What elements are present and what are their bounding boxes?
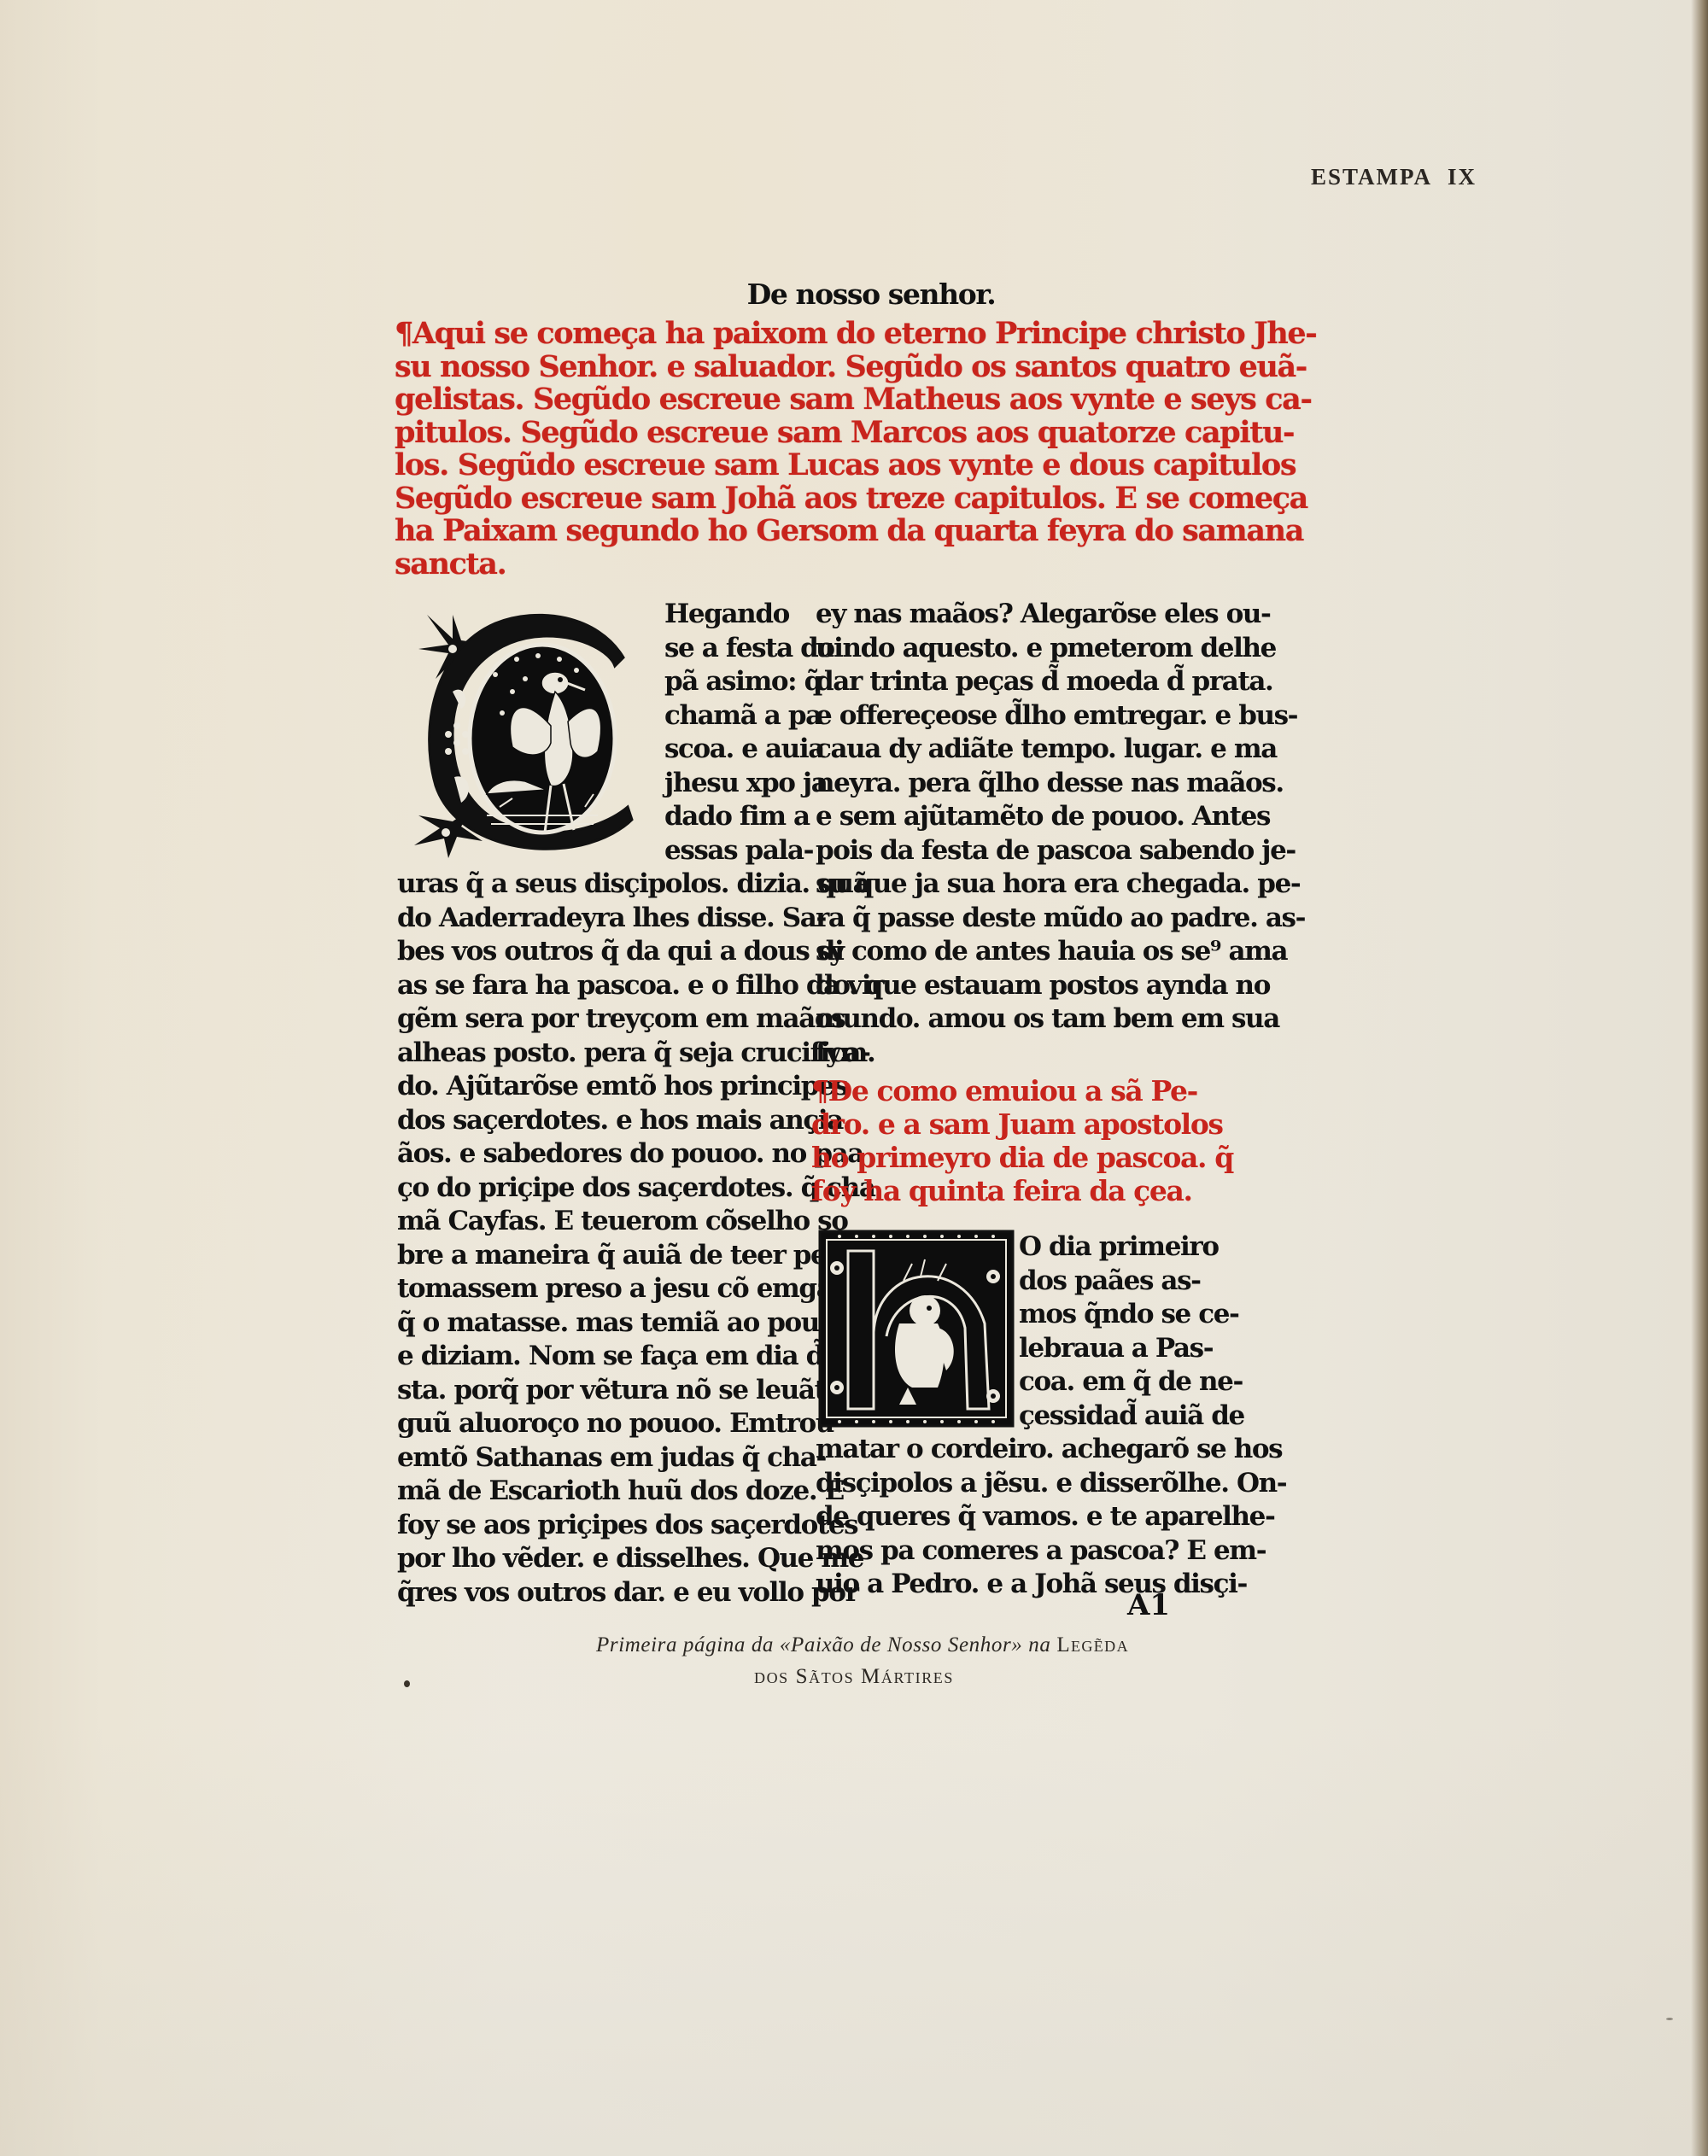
- text-line: scoa. e auia: [664, 733, 786, 767]
- rubric-line: ¶De como emuiou a sã Pe-: [811, 1074, 1196, 1107]
- text-line: foy se aos priçipes dos saçerdotes: [397, 1509, 786, 1543]
- text-line: ço do priçipe dos saçerdotes. q̃ cha: [397, 1171, 786, 1206]
- right-text-column-wrapped: O dia primeiro dos paães as- mos q̃ndo s…: [816, 1230, 1197, 1602]
- text-line: do. que estauam postos aynda no: [816, 969, 1197, 1003]
- text-line: jhesu xpo ja: [664, 767, 786, 801]
- text-line: e offereçeose d̃lho emtregar. e bus-: [816, 699, 1197, 733]
- text-line: uras q̃ a seus disçipolos. dizia. quã: [397, 868, 786, 902]
- rubric-line: foy ha quinta feira da çea.: [811, 1174, 1196, 1207]
- text-line: e diziam. Nom se faça em dia d̃ fe-: [397, 1340, 786, 1374]
- text-line: tomassem preso a jesu cõ emgão. e: [397, 1272, 786, 1306]
- intro-line: Segũdo escreue sam Johã aos treze capitu…: [395, 482, 1197, 516]
- text-line: dado fim a: [664, 800, 786, 834]
- text-line: emtõ Sathanas em judas q̃ cha-: [397, 1441, 786, 1475]
- text-line: alheas posto. pera q̃ seja crucifica-: [397, 1037, 786, 1071]
- text-line: O dia primeiro: [1019, 1230, 1197, 1265]
- text-line: dar trinta peças d̃ moeda d̃ prata.: [816, 665, 1197, 699]
- text-line: çessidad̃ auiã de: [1019, 1399, 1197, 1434]
- rubric-line: ho primeyro dia de pascoa. q̃: [811, 1141, 1196, 1174]
- text-line: bre a maneira q̃ auiã de teer pera q̃: [397, 1239, 786, 1273]
- plate-number: IX: [1448, 164, 1477, 190]
- text-line: mã de Escarioth huũ dos doze. E: [397, 1475, 786, 1509]
- chapter-rubric: ¶De como emuiou a sã Pe- dro. e a sam Ju…: [811, 1074, 1196, 1207]
- pilcrow-icon: ¶: [811, 1074, 828, 1107]
- plate-label: ESTAMPAIX: [1311, 164, 1477, 190]
- intro-line: pitulos. Segũdo escreue sam Marcos aos q…: [395, 417, 1197, 450]
- text-line: do Aaderradeyra lhes disse. Sa-: [397, 902, 786, 936]
- plate-label-text: ESTAMPA: [1311, 164, 1432, 190]
- pilcrow-icon: ¶: [395, 316, 412, 351]
- text-line: mos q̃ndo se ce-: [1019, 1298, 1197, 1332]
- signature-mark: A1: [1127, 1588, 1170, 1622]
- text-line: su que ja sua hora era chegada. pe-: [816, 868, 1197, 902]
- intro-line: los. Segũdo escreue sam Lucas aos vynte …: [395, 449, 1197, 482]
- right-text-column-top: ey nas maãos? Alegarõse eles ou- uindo a…: [816, 598, 1197, 1070]
- text-line: caua dy adiãte tempo. lugar. e ma: [816, 733, 1197, 767]
- text-line: pã asimo: q̃: [664, 665, 786, 699]
- text-line: mundo. amou os tam bem em sua: [816, 1002, 1197, 1037]
- text-line: ey nas maãos? Alegarõse eles ou-: [816, 598, 1197, 632]
- text-line: lebraua a Pas-: [1019, 1332, 1197, 1366]
- text-line: e sem ajũtamẽto de pouoo. Antes: [816, 800, 1197, 834]
- text-line: pois da festa de pascoa sabendo je-: [816, 834, 1197, 868]
- text-line: do. Ajũtarõse emtõ hos principes: [397, 1070, 786, 1104]
- intro-rubric: ¶Aqui se começa ha paixom do eterno Prin…: [395, 318, 1197, 581]
- rubric-line: dro. e a sam Juam apostolos: [811, 1107, 1196, 1141]
- paper-speck: [404, 1680, 410, 1687]
- text-line: q̃ o matasse. mas temiã ao pouoo.: [397, 1306, 786, 1341]
- caption-line-2: dos Sãtos Mártires: [0, 1665, 1708, 1689]
- text-line: q̃res vos outros dar. e eu vollo por: [397, 1576, 786, 1610]
- intro-line: ha Paixam segundo ho Gersom da quarta fe…: [395, 515, 1197, 548]
- intro-line: gelistas. Segũdo escreue sam Matheus aos…: [395, 383, 1197, 417]
- text-line: dos saçerdotes. e hos mais ançia: [397, 1104, 786, 1138]
- text-line: matar o cordeiro. achegarõ se hos: [816, 1433, 1197, 1467]
- text-line: se a festa do: [664, 632, 786, 666]
- text-line: uindo aquesto. e pmeterom delhe: [816, 632, 1197, 666]
- text-line: coa. em q̃ de ne-: [1019, 1365, 1197, 1399]
- intro-line: ¶Aqui se começa ha paixom do eterno Prin…: [395, 318, 1197, 351]
- caption-line-1: Primeira página da «Paixão de Nosso Senh…: [0, 1633, 1708, 1657]
- text-line: disçipolos a jẽsu. e disserõlhe. On-: [816, 1467, 1197, 1501]
- text-line: dos paães as-: [1019, 1265, 1197, 1299]
- text-line: as se fara ha pascoa. e o filho da vir: [397, 969, 786, 1003]
- left-text-column: Hegando se a festa do pã asimo: q̃ chamã…: [397, 598, 786, 1610]
- caption-italic: Primeira página da «Paixão de Nosso Senh…: [596, 1633, 1050, 1656]
- intro-line: su nosso Senhor. e saluador. Segũdo os s…: [395, 351, 1197, 384]
- text-line: bes vos outros q̃ da qui a dous di: [397, 935, 786, 969]
- running-head: De nosso senhor.: [0, 278, 1708, 311]
- text-line: sy como de antes hauia os se⁹ ama: [816, 935, 1197, 969]
- text-line: essas pala-: [664, 834, 786, 868]
- intro-line: sancta.: [395, 548, 1197, 581]
- text-line: ãos. e sabedores do pouoo. no paa: [397, 1137, 786, 1171]
- text-line: mã Cayfas. E teuerom cõselho so: [397, 1205, 786, 1239]
- text-line: sta. porq̃ por vẽtura nõ se leuãte al-: [397, 1374, 786, 1408]
- text-line: mos pa comeres a pascoa? E em-: [816, 1534, 1197, 1569]
- text-line: Hegando: [664, 598, 786, 632]
- paper-speck: [1666, 2018, 1673, 2020]
- text-line: por lho vẽder. e disselhes. Que me: [397, 1542, 786, 1576]
- text-line: de queres q̃ vamos. e te aparelhe-: [816, 1500, 1197, 1534]
- caption-smallcaps: Legẽda: [1056, 1633, 1129, 1656]
- text-line: gẽm sera por treyçom em maãos: [397, 1002, 786, 1037]
- text-line: chamã a pa: [664, 699, 786, 733]
- text-line: fym.: [816, 1037, 1197, 1071]
- text-line: neyra. pera q̃lho desse nas maãos.: [816, 767, 1197, 801]
- text-line: ra q̃ passe deste mũdo ao padre. as-: [816, 902, 1197, 936]
- text-line: guũ aluoroço no pouoo. Emtrou: [397, 1407, 786, 1441]
